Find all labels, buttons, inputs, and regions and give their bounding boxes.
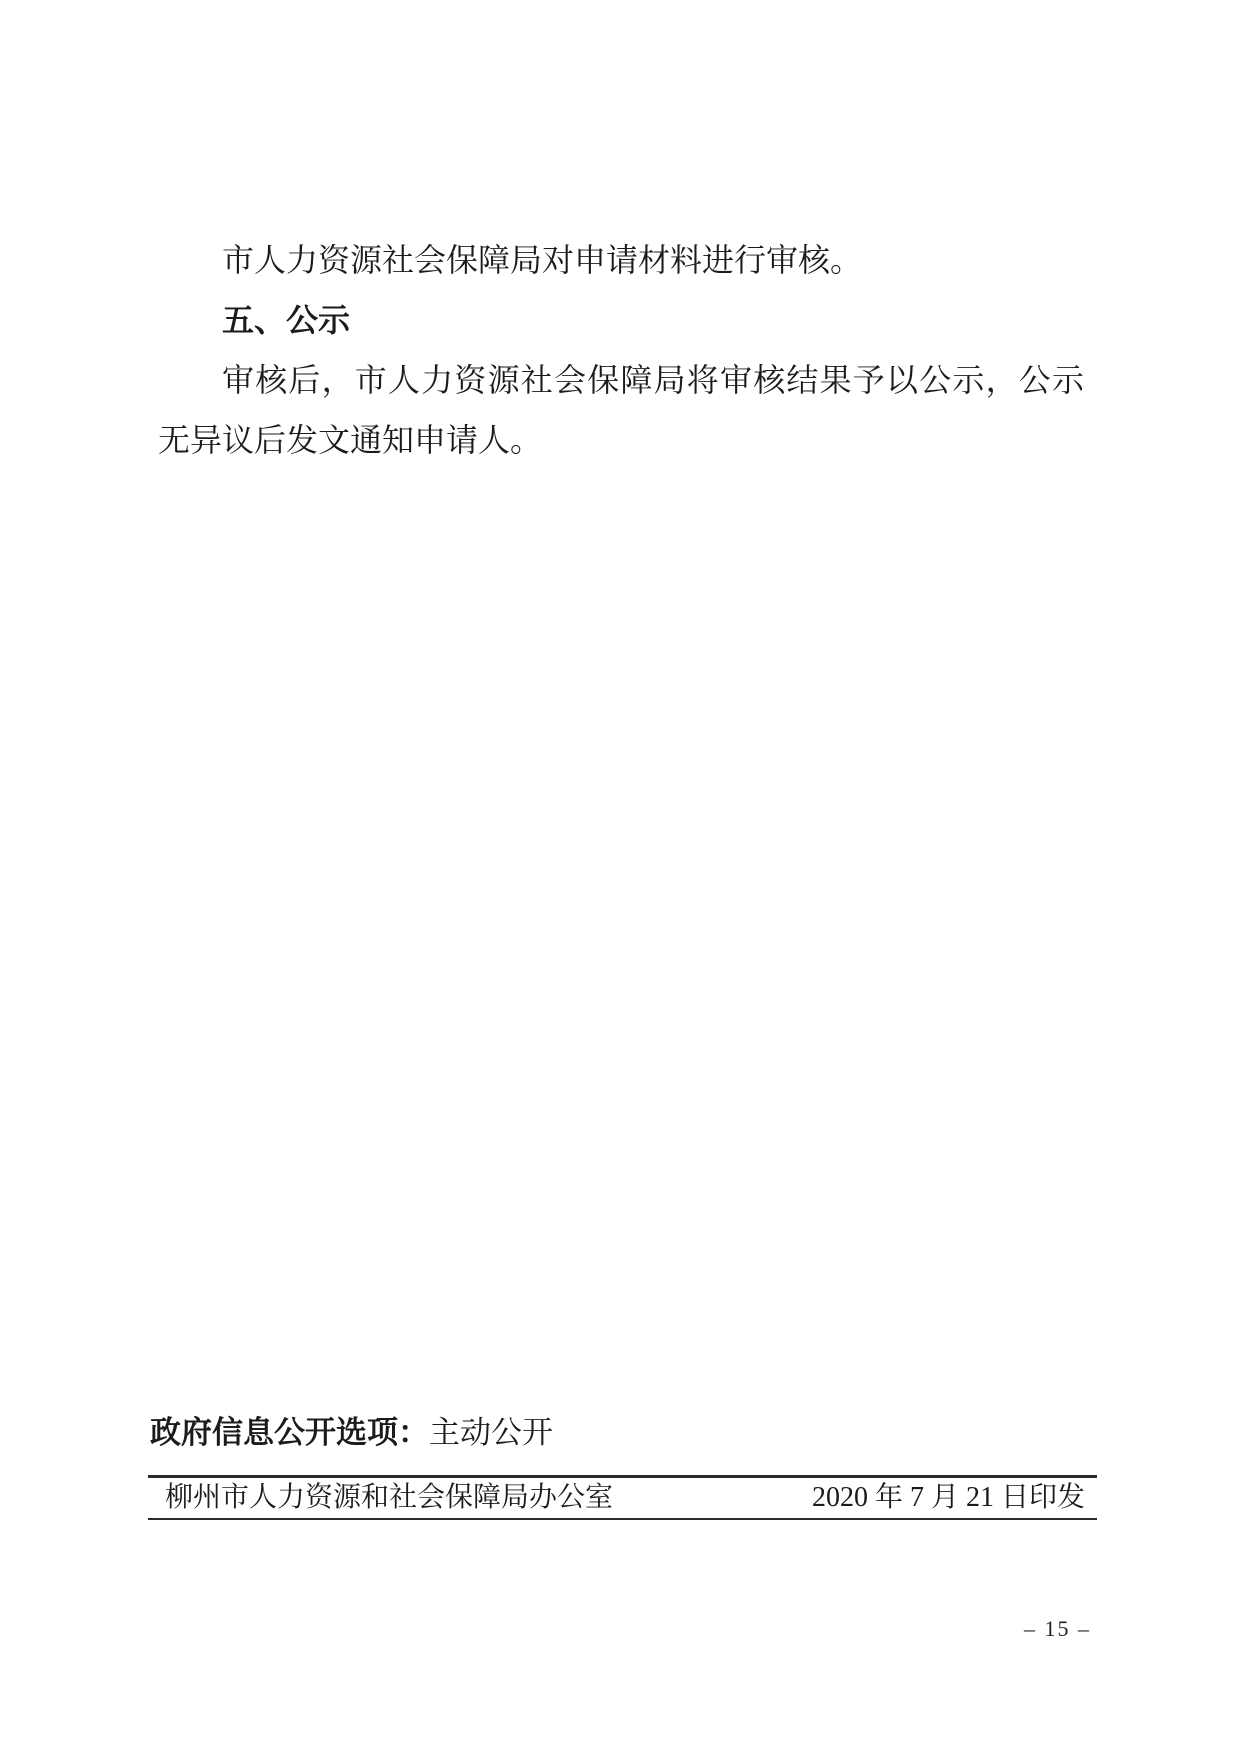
document-page: 市人力资源社会保障局对申请材料进行审核。 五、公示 审核后，市人力资源社会保障局… <box>0 0 1241 1754</box>
body-paragraph-2: 审核后，市人力资源社会保障局将审核结果予以公示，公示无异议后发文通知申请人。 <box>158 350 1084 470</box>
issuing-office: 柳州市人力资源和社会保障局办公室 <box>165 1478 613 1518</box>
section-heading: 五、公示 <box>158 290 1084 350</box>
publicity-label: 政府信息公开选项： <box>150 1415 429 1450</box>
colophon-box: 柳州市人力资源和社会保障局办公室 2020 年 7 月 21 日印发 <box>148 1475 1097 1520</box>
print-date: 2020 年 7 月 21 日印发 <box>812 1478 1085 1518</box>
publicity-note: 政府信息公开选项：主动公开 <box>150 1410 1090 1456</box>
page-number: – 15 – <box>1024 1614 1091 1644</box>
body-text-block: 市人力资源社会保障局对申请材料进行审核。 五、公示 审核后，市人力资源社会保障局… <box>158 230 1084 470</box>
publicity-value: 主动公开 <box>429 1415 553 1450</box>
body-paragraph-1: 市人力资源社会保障局对申请材料进行审核。 <box>158 230 1084 290</box>
